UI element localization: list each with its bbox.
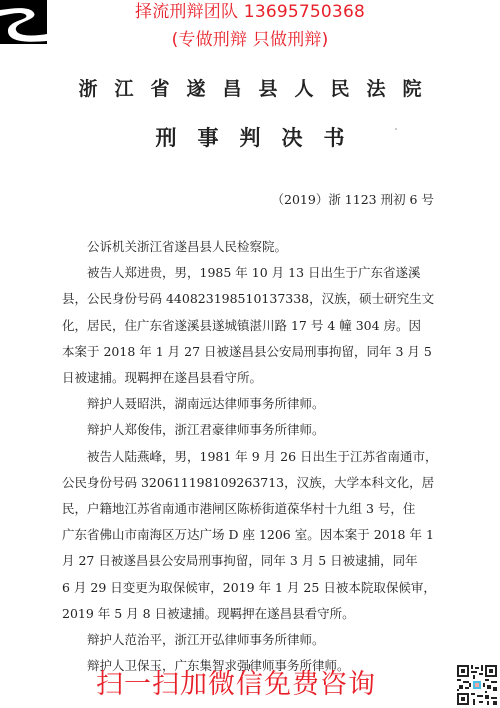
body-line: 2019 年 5 月 8 日被逮捕。现羁押在遂昌县看守所。 [62, 601, 402, 627]
wechat-qr-code-icon[interactable] [457, 665, 497, 705]
body-line: 化，居民，住广东省遂溪县遂城镇湛川路 17 号 4 幢 304 房。因 [62, 313, 402, 339]
court-name: 浙江省遂昌县人民法院 [0, 74, 500, 101]
body-line: 月 27 日被遂昌县公安局刑事拘留，同年 3 月 5 日被逮捕，同年 [62, 548, 402, 574]
advert-team-phone: 择流刑辩团队 13695750368 [0, 2, 500, 22]
body-line: 6 月 29 日变更为取保候审，2019 年 1 月 25 日被本院取保候审， [62, 575, 402, 601]
body-line: 被告人郑进贵，男，1985 年 10 月 13 日出生于广东省遂溪 [62, 260, 402, 286]
body-line-defender: 辩护人郑俊伟，浙江君豪律师事务所律师。 [62, 417, 402, 443]
body-line-defender: 辩护人范治平，浙江开弘律师事务所律师。 [62, 627, 402, 653]
judgment-body: 公诉机关浙江省遂昌县人民检察院。 被告人郑进贵，男，1985 年 10 月 13… [62, 234, 402, 679]
body-line: 公民身份号码 320611198109263713，汉族，大学本科文化，居 [62, 470, 402, 496]
body-line: 本案于 2018 年 1 月 27 日被遂昌县公安局刑事拘留，同年 3 月 5 [62, 339, 402, 365]
body-line: 被告人陆燕峰，男，1981 年 9 月 26 日出生于江苏省南通市， [62, 444, 402, 470]
advert-footer: 扫一扫加微信免费咨询 [96, 668, 376, 702]
case-number: （2019）浙 1123 刑初 6 号 [272, 190, 434, 208]
body-line-defender: 辩护人聂昭洪，湖南远达律师事务所律师。 [62, 391, 402, 417]
body-line: 县，公民身份号码 440823198510137338，汉族，硕士研究生文 [62, 286, 402, 312]
body-line: 日被逮捕。现羁押在遂昌县看守所。 [62, 365, 402, 391]
advert-tagline: (专做刑辩 只做刑辩) [0, 30, 500, 50]
body-line: 民，户籍地江苏省南通市港闸区陈桥街道葆华村十九组 3 号，住 [62, 496, 402, 522]
body-line: 广东省佛山市南海区万达广场 D 座 1206 室。因本案于 2018 年 1 [62, 522, 402, 548]
body-line-prosecutor: 公诉机关浙江省遂昌县人民检察院。 [62, 234, 402, 260]
document-title: 刑事判决书 [0, 122, 500, 152]
